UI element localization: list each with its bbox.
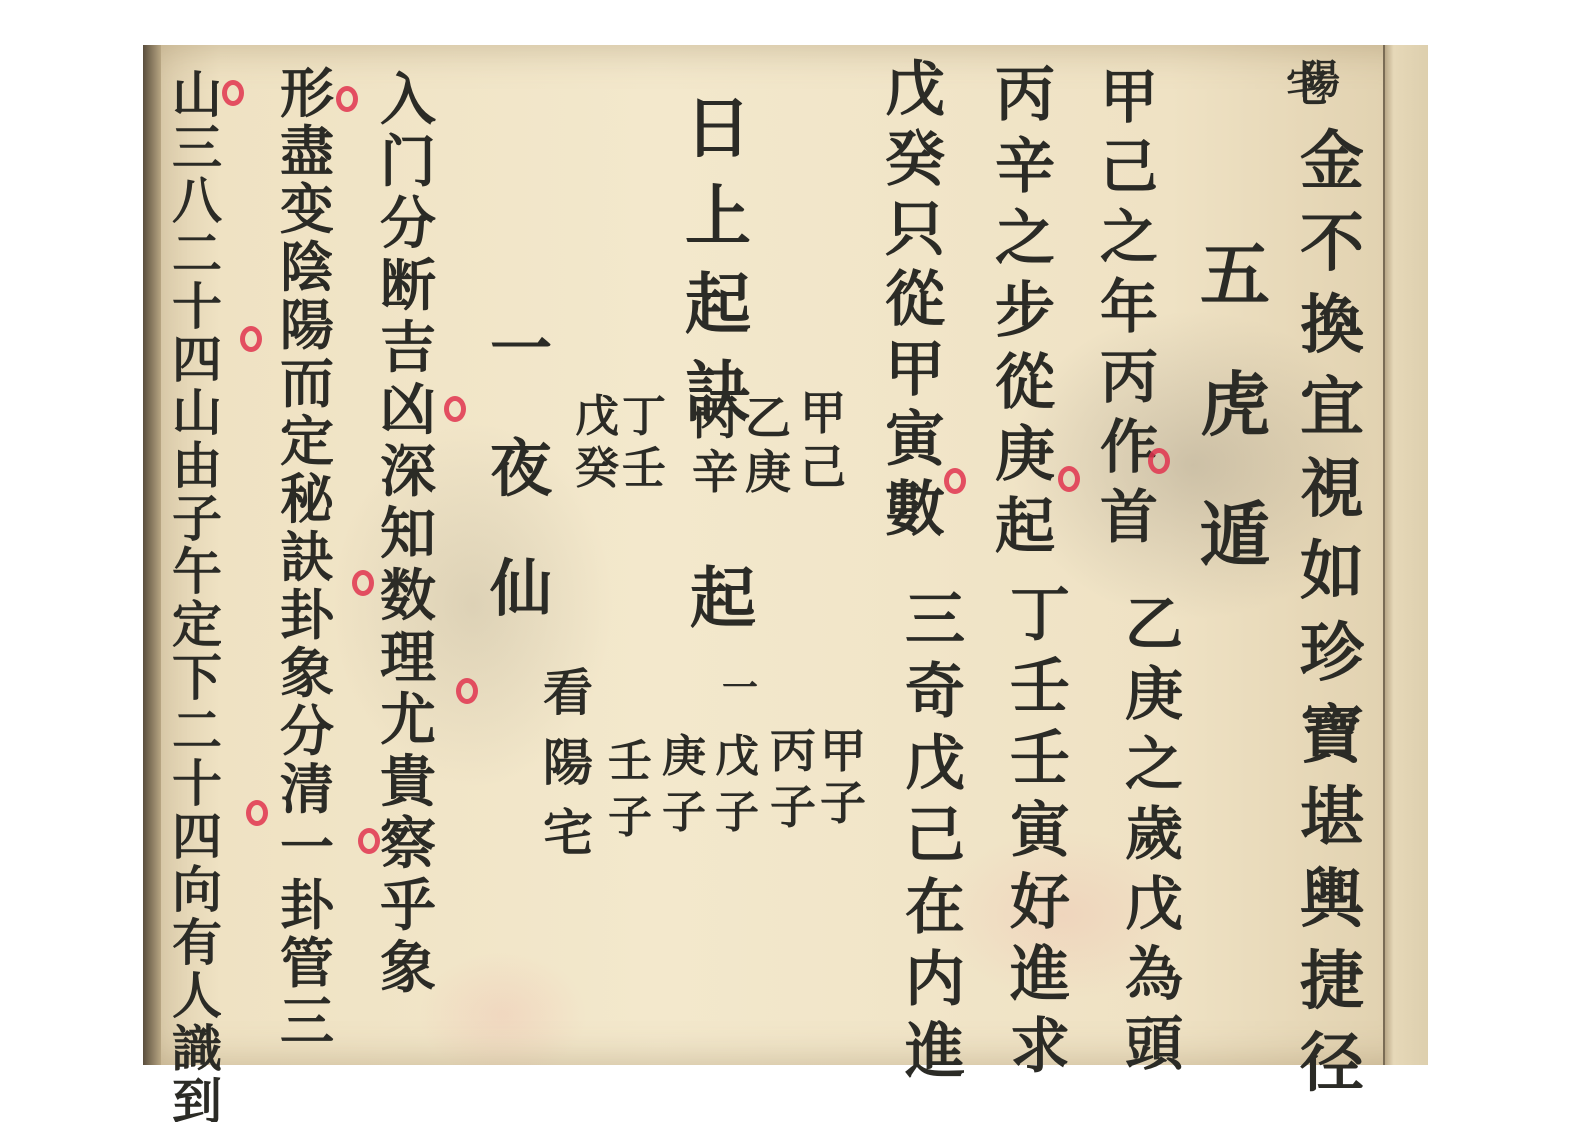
- verse-column-3: 戊癸只從甲寅數: [885, 60, 945, 540]
- title-prefix-zhai: 宅: [1286, 66, 1328, 108]
- title-column-main: 金不換宜視如珍寶堪輿捷径: [1300, 130, 1364, 1096]
- red-punctuation-mark: [222, 80, 244, 106]
- red-punctuation-mark: [444, 396, 466, 422]
- heading-yi-ye-xian: 一夜仙: [490, 318, 552, 620]
- red-punctuation-mark: [336, 86, 358, 112]
- heading-ri-shang-qi-jue: 日上起訣: [685, 95, 751, 425]
- red-punctuation-mark: [944, 468, 966, 494]
- stem-pair-yi-geng: 乙庚: [745, 395, 791, 495]
- red-punctuation-mark: [456, 678, 478, 704]
- heading-qi: 起: [690, 565, 756, 631]
- stem-pair-wu-gui: 戊癸: [575, 395, 619, 491]
- verse-column-1: 甲己之年丙作首: [1100, 68, 1158, 546]
- side-note-kan-yang-zhai: 看陽宅: [543, 668, 593, 858]
- verse-column-3b: 三奇戊己在内進: [905, 590, 965, 1082]
- verse-column-1b: 乙庚之歲戊為頭: [1125, 595, 1183, 1073]
- red-punctuation-mark: [358, 828, 380, 854]
- red-punctuation-mark: [246, 800, 268, 826]
- heading-wu-hu-dun: 五虎遁: [1200, 240, 1270, 570]
- verse-column-2b: 丁壬壬寅好進求: [1010, 585, 1070, 1077]
- red-punctuation-mark: [1058, 466, 1080, 492]
- stem-pair-jia-ji: 甲己: [800, 390, 846, 490]
- zi-wu: 戊子: [715, 735, 759, 835]
- zi-geng: 庚子: [662, 735, 706, 835]
- page-spine: [143, 45, 161, 1065]
- text-column-ru-men: 入门分断吉凶深知数理尤貴察乎象: [380, 72, 436, 996]
- page-fold: [1383, 45, 1428, 1065]
- stem-pair-bing-xin: 丙辛: [692, 395, 738, 495]
- zi-bing: 丙子: [770, 728, 816, 830]
- verse-column-2: 丙辛之步從庚起: [995, 65, 1055, 557]
- zi-list-one: 一: [722, 670, 758, 706]
- text-column-xing-jin: 形盡变陰陽而定秘訣卦象分清一卦管三: [280, 66, 334, 1048]
- stem-pair-ding-ren: 丁壬: [622, 395, 666, 491]
- zi-ren: 壬子: [608, 740, 652, 840]
- red-punctuation-mark: [240, 326, 262, 352]
- red-punctuation-mark: [1148, 448, 1170, 474]
- text-column-shan-san-ba: 山三八二十四山由子午定下二十四向有人識到: [172, 70, 222, 1122]
- red-punctuation-mark: [352, 570, 374, 596]
- zi-jia: 甲子: [820, 728, 866, 826]
